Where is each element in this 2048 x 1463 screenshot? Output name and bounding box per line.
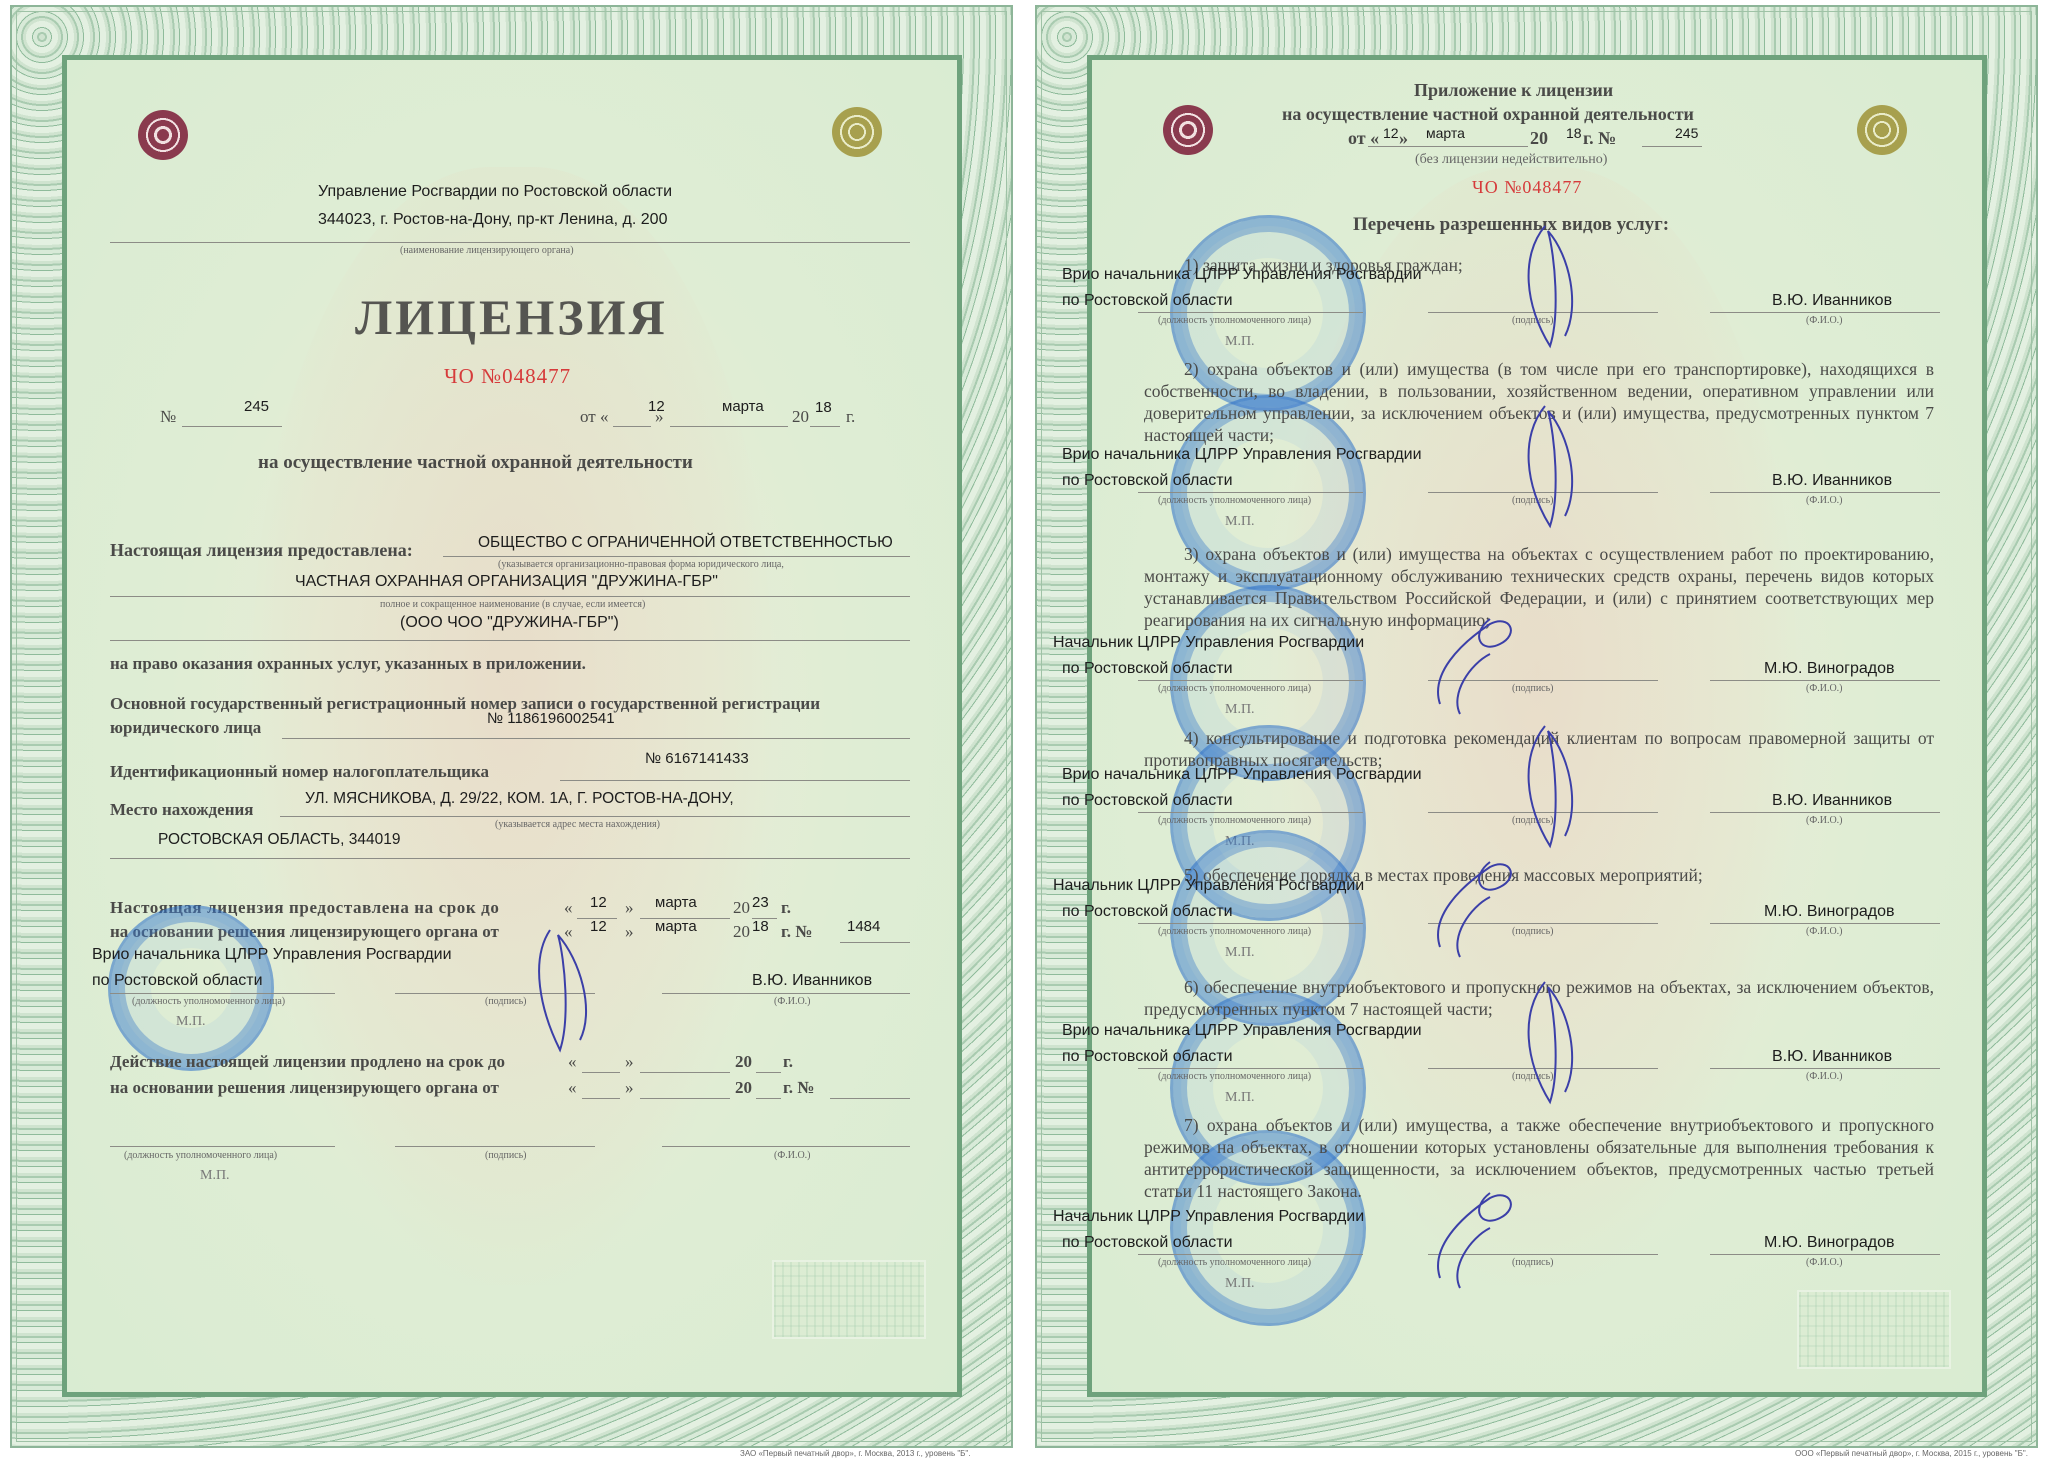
caption-fio: (Ф.И.О.) bbox=[1806, 315, 1843, 326]
signer-position: Начальник ЦЛРР Управления Росгвардии bbox=[1053, 634, 1364, 652]
service-item: 2) охрана объектов и (или) имущества (в … bbox=[1144, 358, 1934, 446]
appendix-date-month: марта bbox=[1426, 125, 1465, 141]
caption-signature: (подпись) bbox=[1512, 1071, 1554, 1082]
license-number: 245 bbox=[244, 398, 269, 415]
rule bbox=[1138, 1068, 1363, 1069]
rule bbox=[670, 426, 788, 427]
term-month: марта bbox=[655, 894, 697, 911]
year-suffix: г. bbox=[846, 407, 855, 427]
term-day: 12 bbox=[590, 894, 607, 911]
rule bbox=[1138, 312, 1363, 313]
gold-rosette-icon bbox=[832, 107, 882, 157]
signer-position: Начальник ЦЛРР Управления Росгвардии bbox=[1053, 877, 1364, 895]
rule bbox=[1138, 923, 1363, 924]
signer-position-region: по Ростовской области bbox=[1062, 903, 1233, 921]
rule bbox=[110, 640, 910, 641]
signer-position-region: по Ростовской области bbox=[1062, 1234, 1233, 1252]
license-subtitle: на осуществление частной охранной деятел… bbox=[258, 452, 693, 474]
issuer-caption: (наименование лицензирующего органа) bbox=[400, 245, 574, 256]
caption-fio: (Ф.И.О.) bbox=[1806, 1257, 1843, 1268]
ogrn-value: № 1186196002541 bbox=[487, 710, 615, 727]
quote-close: » bbox=[625, 1052, 634, 1072]
granted-caption1: (указывается организационно-правовая фор… bbox=[498, 559, 784, 570]
basis-number: 1484 bbox=[847, 918, 880, 935]
basis-month: марта bbox=[655, 918, 697, 935]
rule bbox=[1710, 1254, 1940, 1255]
caption-position: (должность уполномоченного лица) bbox=[1158, 815, 1311, 826]
appendix-serial: ЧО №048477 bbox=[1472, 177, 1582, 198]
signer-name: М.Ю. Виноградов bbox=[1764, 660, 1895, 678]
mp-label: М.П. bbox=[176, 1014, 206, 1030]
signer-name: В.Ю. Иванников bbox=[1772, 472, 1892, 490]
rule bbox=[840, 942, 910, 943]
rule bbox=[1710, 680, 1940, 681]
year-prefix: 20 bbox=[792, 407, 809, 427]
signer-position-region: по Ростовской области bbox=[1062, 292, 1233, 310]
rule bbox=[560, 780, 910, 781]
mp-label: М.П. bbox=[1225, 702, 1255, 718]
address-line1: УЛ. МЯСНИКОВА, Д. 29/22, КОМ. 1А, Г. РОС… bbox=[305, 790, 734, 808]
mp-label: М.П. bbox=[1225, 1090, 1255, 1106]
service-item: 4) консультирование и подготовка рекомен… bbox=[1144, 727, 1934, 771]
inn-value: № 6167141433 bbox=[645, 750, 749, 767]
caption-signature: (подпись) bbox=[485, 1150, 527, 1161]
signer-position: Начальник ЦЛРР Управления Росгвардии bbox=[1053, 1208, 1364, 1226]
quote-close: » bbox=[625, 1078, 634, 1098]
year-suffix: г. bbox=[783, 1052, 793, 1072]
caption-fio: (Ф.И.О.) bbox=[1806, 815, 1843, 826]
year-prefix: 20 bbox=[733, 922, 750, 942]
mp-label: М.П. bbox=[1225, 945, 1255, 961]
service-item: 6) обеспечение внутриобъектового и пропу… bbox=[1144, 976, 1934, 1020]
caption-position: (должность уполномоченного лица) bbox=[132, 996, 285, 1007]
rule bbox=[1138, 1254, 1363, 1255]
rule bbox=[1428, 680, 1658, 681]
rule bbox=[1710, 1068, 1940, 1069]
quote-open: « bbox=[568, 1052, 577, 1072]
caption-fio: (Ф.И.О.) bbox=[774, 996, 811, 1007]
caption-fio: (Ф.И.О.) bbox=[774, 1150, 811, 1161]
signer-position-region: по Ростовской области bbox=[1062, 660, 1233, 678]
signer-position-region: по Ростовской области bbox=[92, 972, 263, 990]
appendix-number: 245 bbox=[1675, 125, 1698, 141]
rule bbox=[110, 1146, 335, 1147]
rule bbox=[1428, 923, 1658, 924]
rule bbox=[110, 596, 910, 597]
signer-position: Врио начальника ЦЛРР Управления Росгвард… bbox=[1062, 1022, 1422, 1040]
rule bbox=[110, 242, 910, 243]
address-line2: РОСТОВСКАЯ ОБЛАСТЬ, 344019 bbox=[158, 831, 401, 849]
quote-close: » bbox=[625, 922, 634, 942]
ogrn-label2: юридического лица bbox=[110, 718, 261, 738]
signer-position: Врио начальника ЦЛРР Управления Росгвард… bbox=[1062, 446, 1422, 464]
caption-position: (должность уполномоченного лица) bbox=[1158, 926, 1311, 937]
rule bbox=[810, 426, 840, 427]
rule bbox=[756, 1072, 781, 1073]
service-item: 7) охрана объектов и (или) имущества, а … bbox=[1144, 1114, 1934, 1202]
mp-label: М.П. bbox=[1225, 334, 1255, 350]
services-list-title: Перечень разрешенных видов услуг: bbox=[1353, 214, 1669, 236]
rule bbox=[830, 1098, 910, 1099]
rule bbox=[756, 1098, 781, 1099]
date-quote: » bbox=[655, 407, 664, 427]
caption-position: (должность уполномоченного лица) bbox=[124, 1150, 277, 1161]
date-year: 18 bbox=[815, 399, 832, 416]
caption-fio: (Ф.И.О.) bbox=[1806, 1071, 1843, 1082]
caption-signature: (подпись) bbox=[1512, 315, 1554, 326]
appendix-date-day: 12 bbox=[1383, 125, 1399, 141]
caption-signature: (подпись) bbox=[1512, 815, 1554, 826]
basis-year: 18 bbox=[752, 918, 769, 935]
appendix-number-label: г. № bbox=[1583, 128, 1616, 149]
caption-position: (должность уполномоченного лица) bbox=[1158, 315, 1311, 326]
extension-label: Действие настоящей лицензии продлено на … bbox=[110, 1052, 505, 1072]
year-prefix: 20 bbox=[735, 1078, 752, 1098]
rule bbox=[582, 1098, 620, 1099]
rule bbox=[1428, 812, 1658, 813]
mp-label: М.П. bbox=[200, 1168, 230, 1184]
guilloche-box bbox=[1797, 1290, 1951, 1369]
quote-close: » bbox=[625, 898, 634, 918]
caption-position: (должность уполномоченного лица) bbox=[1158, 495, 1311, 506]
caption-signature: (подпись) bbox=[485, 996, 527, 1007]
rule bbox=[395, 993, 595, 994]
signer-name: В.Ю. Иванников bbox=[1772, 1048, 1892, 1066]
signer-position: Врио начальника ЦЛРР Управления Росгвард… bbox=[1062, 266, 1422, 284]
signer-name: В.Ю. Иванников bbox=[752, 972, 872, 990]
rule bbox=[280, 816, 910, 817]
granted-line1: ОБЩЕСТВО С ОГРАНИЧЕННОЙ ОТВЕТСТВЕННОСТЬЮ bbox=[478, 534, 893, 552]
quote-open: « bbox=[564, 922, 573, 942]
date-month: марта bbox=[722, 398, 764, 415]
rule bbox=[640, 1098, 730, 1099]
rule bbox=[443, 556, 910, 557]
address-caption: (указывается адрес места нахождения) bbox=[495, 819, 660, 830]
issuer-name: Управление Росгвардии по Ростовской обла… bbox=[318, 183, 672, 201]
red-rosette-icon bbox=[1163, 105, 1213, 155]
caption-fio: (Ф.И.О.) bbox=[1806, 495, 1843, 506]
rule bbox=[613, 426, 651, 427]
rule bbox=[1138, 812, 1363, 813]
rule bbox=[582, 1072, 620, 1073]
printer-footer: ЗАО «Первый печатный двор», г. Москва, 2… bbox=[740, 1449, 970, 1458]
caption-signature: (подпись) bbox=[1512, 1257, 1554, 1268]
signer-position: Врио начальника ЦЛРР Управления Росгвард… bbox=[92, 946, 452, 964]
guilloche-box bbox=[772, 1260, 926, 1339]
granted-line2: ЧАСТНАЯ ОХРАННАЯ ОРГАНИЗАЦИЯ "ДРУЖИНА-ГБ… bbox=[295, 573, 718, 591]
address-label: Место нахождения bbox=[110, 800, 253, 820]
rule bbox=[110, 993, 335, 994]
extension-basis-label: на основании решения лицензирующего орга… bbox=[110, 1078, 499, 1098]
appendix-title: Приложение к лицензии bbox=[1414, 80, 1613, 101]
signer-name: М.Ю. Виноградов bbox=[1764, 1234, 1895, 1252]
validity-note: (без лицензии недействительно) bbox=[1415, 152, 1607, 168]
service-item: 3) охрана объектов и (или) имущества на … bbox=[1144, 543, 1934, 631]
license-serial: ЧО №048477 bbox=[444, 364, 571, 389]
extension-number-label: г. № bbox=[783, 1078, 814, 1098]
rule bbox=[1710, 312, 1940, 313]
issuer-address: 344023, г. Ростов-на-Дону, пр-кт Ленина,… bbox=[318, 211, 667, 229]
caption-fio: (Ф.И.О.) bbox=[1806, 926, 1843, 937]
signer-name: В.Ю. Иванников bbox=[1772, 292, 1892, 310]
signer-position: Врио начальника ЦЛРР Управления Росгвард… bbox=[1062, 766, 1422, 784]
rule bbox=[1710, 492, 1940, 493]
basis-number-label: г. № bbox=[781, 922, 812, 942]
rule bbox=[395, 1146, 595, 1147]
rule bbox=[1428, 312, 1658, 313]
signer-name: В.Ю. Иванников bbox=[1772, 792, 1892, 810]
date-prefix: от « bbox=[580, 407, 608, 427]
rule bbox=[282, 738, 910, 739]
license-title: ЛИЦЕНЗИЯ bbox=[355, 288, 668, 346]
rule bbox=[1710, 923, 1940, 924]
granted-caption2: полное и сокращенное наименование (в слу… bbox=[380, 599, 645, 610]
mp-label: М.П. bbox=[1225, 514, 1255, 530]
rule bbox=[1368, 146, 1528, 147]
quote-open: « bbox=[564, 898, 573, 918]
mp-label: М.П. bbox=[1225, 1276, 1255, 1292]
granted-label: Настоящая лицензия предоставлена: bbox=[110, 540, 413, 561]
caption-signature: (подпись) bbox=[1512, 683, 1554, 694]
caption-signature: (подпись) bbox=[1512, 926, 1554, 937]
granted-line3: (ООО ЧОО "ДРУЖИНА-ГБР") bbox=[400, 614, 619, 632]
rule bbox=[1428, 1254, 1658, 1255]
rule bbox=[640, 1072, 730, 1073]
caption-signature: (подпись) bbox=[1512, 495, 1554, 506]
printer-footer: ООО «Первый печатный двор», г. Москва, 2… bbox=[1795, 1449, 2028, 1458]
signer-position-region: по Ростовской области bbox=[1062, 1048, 1233, 1066]
rule bbox=[1642, 146, 1702, 147]
rule bbox=[662, 993, 910, 994]
gold-rosette-icon bbox=[1857, 105, 1907, 155]
caption-position: (должность уполномоченного лица) bbox=[1158, 683, 1311, 694]
inn-label: Идентификационный номер налогоплательщик… bbox=[110, 762, 489, 782]
signer-name: М.Ю. Виноградов bbox=[1764, 903, 1895, 921]
rule bbox=[1428, 1068, 1658, 1069]
appendix-date-year: 18 bbox=[1566, 125, 1582, 141]
rule bbox=[110, 858, 910, 859]
number-label: № bbox=[160, 407, 176, 427]
rule bbox=[1138, 680, 1363, 681]
term-year: 23 bbox=[752, 894, 769, 911]
caption-position: (должность уполномоченного лица) bbox=[1158, 1257, 1311, 1268]
basis-day: 12 bbox=[590, 918, 607, 935]
rule bbox=[1710, 812, 1940, 813]
appendix-subtitle: на осуществление частной охранной деятел… bbox=[1282, 104, 1694, 125]
rule bbox=[182, 426, 282, 427]
caption-position: (должность уполномоченного лица) bbox=[1158, 1071, 1311, 1082]
ogrn-label: Основной государственный регистрационный… bbox=[110, 694, 820, 714]
year-suffix: г. bbox=[781, 898, 791, 918]
red-rosette-icon bbox=[138, 110, 188, 160]
appendix-year-prefix: 20 bbox=[1530, 128, 1548, 149]
rule bbox=[662, 1146, 910, 1147]
rule bbox=[1428, 492, 1658, 493]
caption-fio: (Ф.И.О.) bbox=[1806, 683, 1843, 694]
right-text: на право оказания охранных услуг, указан… bbox=[110, 654, 586, 674]
year-prefix: 20 bbox=[735, 1052, 752, 1072]
quote-open: « bbox=[568, 1078, 577, 1098]
rule bbox=[1138, 492, 1363, 493]
year-prefix: 20 bbox=[733, 898, 750, 918]
signer-position-region: по Ростовской области bbox=[1062, 792, 1233, 810]
signer-position-region: по Ростовской области bbox=[1062, 472, 1233, 490]
